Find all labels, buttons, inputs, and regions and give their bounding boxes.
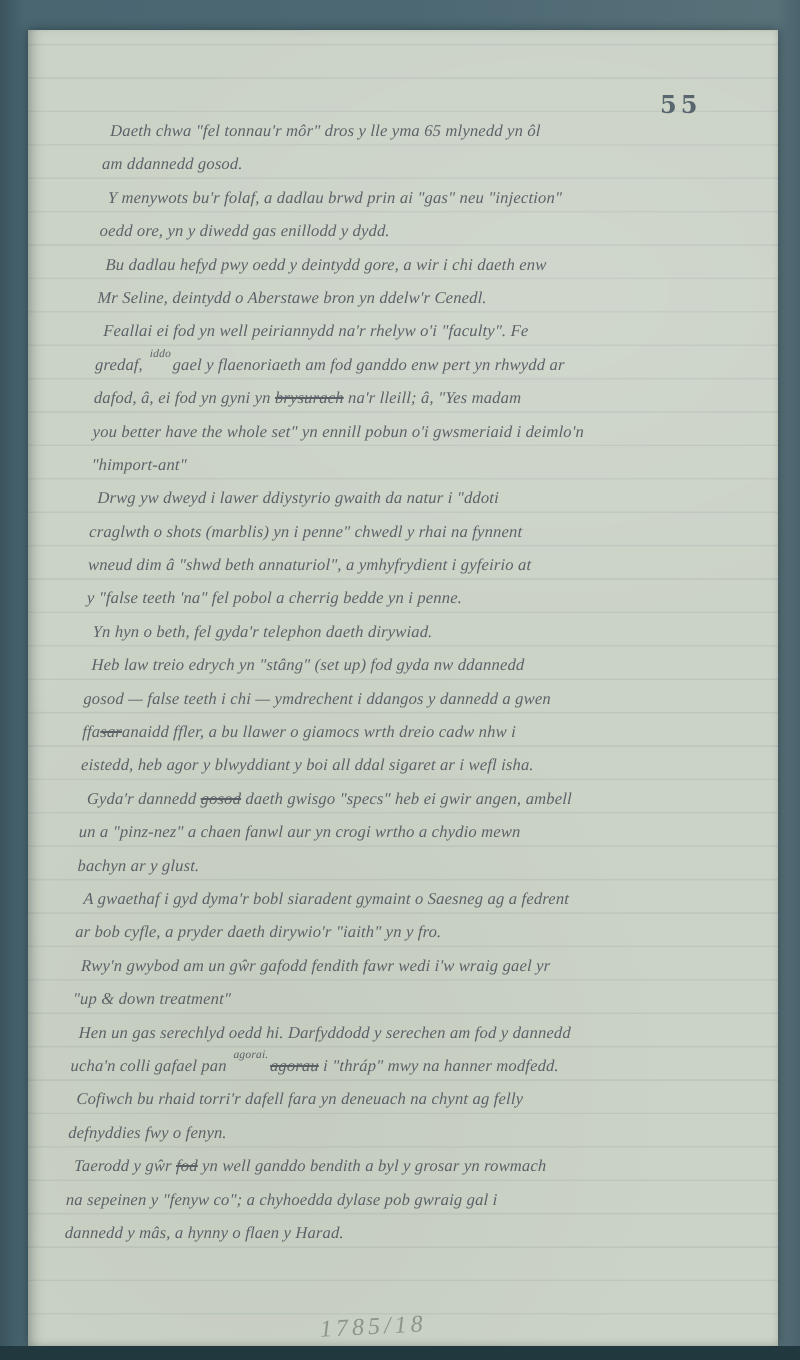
handwritten-text: ffa [82,722,101,741]
handwritten-text: Taerodd y gŵr [74,1156,177,1175]
manuscript-line: un a "pinz-nez" a chaen fanwl aur yn cro… [78,815,795,848]
handwritten-text: Y menywots bu'r folaf, a dadlau brwd pri… [108,188,563,207]
handwritten-text: "himport-ant" [91,455,187,474]
interlinear-insertion: iddo [150,349,172,359]
struck-out-word: gosod [200,789,241,808]
manuscript-line: bachyn ar y glust. [77,849,794,882]
archive-reference: 1785/18 [319,1311,427,1344]
manuscript-line: Heb law treio edrych yn "stâng" (set up)… [84,648,800,681]
manuscript-line: ar bob cyfle, a pryder daeth dirywio'r "… [75,915,792,948]
manuscript-line: Hen un gas serechlyd oedd hi. Darfyddodd… [71,1016,788,1049]
manuscript-line: Feallai ei fod yn well peiriannydd na'r … [96,314,800,347]
handwritten-text: Yn hyn o beth, fel gyda'r telephon daeth… [92,622,432,641]
handwritten-text: Cofiwch bu rhaid torri'r dafell fara yn … [76,1089,523,1108]
scanned-document-mat: 55 Daeth chwa "fel tonnau'r môr" dros y … [0,0,800,1360]
manuscript-line: eistedd, heb agor y blwyddiant y boi all… [81,748,798,781]
manuscript-line: Gyda'r dannedd gosod daeth gwisgo "specs… [79,782,796,815]
manuscript-line: oedd ore, yn y diwedd gas enillodd y dyd… [99,214,800,247]
handwritten-text: wneud dim â "shwd beth annaturiol", a ym… [88,555,532,574]
handwritten-text: anaidd ffler, a bu llawer o giamocs wrth… [122,722,517,741]
handwritten-text: Daeth chwa "fel tonnau'r môr" dros y lle… [110,121,541,140]
manuscript-line: na sepeinen y "fenyw co"; a chyhoedda dy… [65,1183,782,1216]
handwritten-text: oedd ore, yn y diwedd gas enillodd y dyd… [99,221,390,240]
manuscript-line: Daeth chwa "fel tonnau'r môr" dros y lle… [103,114,800,147]
manuscript-line: you better have the whole set" yn ennill… [92,415,800,448]
handwritten-text: y "false teeth 'na" fel pobol a cherrig … [87,588,463,607]
manuscript-line: ucha'n colli gafael pan agorai.agorau i … [70,1049,787,1082]
manuscript-line: Rwy'n gwybod am un gŵr gafodd fendith fa… [74,949,791,982]
handwritten-text: defnyddies fwy o fenyn. [68,1123,227,1142]
handwritten-text: A gwaethaf i gyd dyma'r bobl siaradent g… [83,889,569,908]
manuscript-line: Y menywots bu'r folaf, a dadlau brwd pri… [100,181,800,214]
manuscript-line: A gwaethaf i gyd dyma'r bobl siaradent g… [76,882,793,915]
struck-out-word: agorau [270,1056,320,1075]
struck-out-word: brysurach [275,388,344,407]
handwritten-text: "up & down treatment" [73,989,232,1008]
manuscript-line: y "false teeth 'na" fel pobol a cherrig … [86,581,800,614]
handwritten-text: Feallai ei fod yn well peiriannydd na'r … [103,321,529,340]
handwritten-text: craglwth o shots (marblis) yn i penne" c… [89,522,523,541]
manuscript-line: dannedd y mâs, a hynny o flaen y Harad. [64,1216,781,1249]
manuscript-line: Mr Seline, deintydd o Aberstawe bron yn … [97,281,800,314]
manuscript-line: wneud dim â "shwd beth annaturiol", a ym… [87,548,800,581]
handwritten-text: na'r lleill; â, "Yes madam [343,388,521,407]
handwritten-text: gael y flaenoriaeth am fod ganddo enw pe… [172,355,565,374]
struck-out-word: sar [100,722,122,741]
struck-out-word: fod [176,1156,198,1175]
interlinear-insertion: agorai. [233,1050,268,1060]
manuscript-line: Yn hyn o beth, fel gyda'r telephon daeth… [85,615,800,648]
manuscript-line: Cofiwch bu rhaid torri'r dafell fara yn … [69,1082,786,1115]
handwritten-text: Mr Seline, deintydd o Aberstawe bron yn … [97,288,487,307]
manuscript-line: dafod, â, ei fod yn gyni yn brysurach na… [93,381,800,414]
manuscript-text: Daeth chwa "fel tonnau'r môr" dros y lle… [64,114,800,1249]
manuscript-line: craglwth o shots (marblis) yn i penne" c… [89,515,800,548]
manuscript-line: defnyddies fwy o fenyn. [68,1116,785,1149]
handwritten-text: i "thráp" mwy na hanner modfedd. [319,1056,560,1075]
manuscript-line: Drwg yw dweyd i lawer ddiystyrio gwaith … [90,481,800,514]
manuscript-line: gosod — false teeth i chi — ymdrechent i… [83,682,800,715]
handwritten-text: eistedd, heb agor y blwyddiant y boi all… [81,755,534,774]
handwritten-text: gredaf, [95,355,148,374]
handwritten-text: ar bob cyfle, a pryder daeth dirywio'r "… [75,922,442,941]
handwritten-text: am ddannedd gosod. [102,154,243,173]
handwritten-text: dannedd y mâs, a hynny o flaen y Harad. [64,1223,344,1242]
handwritten-text: un a "pinz-nez" a chaen fanwl aur yn cro… [78,822,520,841]
handwritten-text: you better have the whole set" yn ennill… [92,422,584,441]
manuscript-line: am ddannedd gosod. [101,147,800,180]
manuscript-line: "himport-ant" [91,448,800,481]
manuscript-line: Bu dadlau hefyd pwy oedd y deintydd gore… [98,248,800,281]
handwritten-text: yn well ganddo bendith a byl y grosar yn… [197,1156,546,1175]
handwritten-text: Bu dadlau hefyd pwy oedd y deintydd gore… [105,255,547,274]
manuscript-line: Taerodd y gŵr fod yn well ganddo bendith… [67,1149,784,1182]
handwritten-text: gosod — false teeth i chi — ymdrechent i… [83,689,551,708]
handwritten-text: bachyn ar y glust. [77,856,200,875]
manuscript-line: ffasaranaidd ffler, a bu llawer o giamoc… [82,715,799,748]
handwritten-text: dafod, â, ei fod yn gyni yn [94,388,276,407]
handwritten-text: Drwg yw dweyd i lawer ddiystyrio gwaith … [97,488,499,507]
manuscript-line: "up & down treatment" [72,982,789,1015]
handwritten-text: daeth gwisgo "specs" heb ei gwir angen, … [241,789,572,808]
handwritten-text: ucha'n colli gafael pan [70,1056,231,1075]
manuscript-line: gredaf, iddogael y flaenoriaeth am fod g… [94,348,800,381]
handwritten-text: Gyda'r dannedd [87,789,201,808]
handwritten-text: Rwy'n gwybod am un gŵr gafodd fendith fa… [81,956,551,975]
handwritten-text: Heb law treio edrych yn "stâng" (set up)… [91,655,525,674]
handwritten-text: Hen un gas serechlyd oedd hi. Darfyddodd… [78,1023,571,1042]
handwritten-text: na sepeinen y "fenyw co"; a chyhoedda dy… [66,1190,498,1209]
manuscript-page: 55 Daeth chwa "fel tonnau'r môr" dros y … [28,30,778,1346]
